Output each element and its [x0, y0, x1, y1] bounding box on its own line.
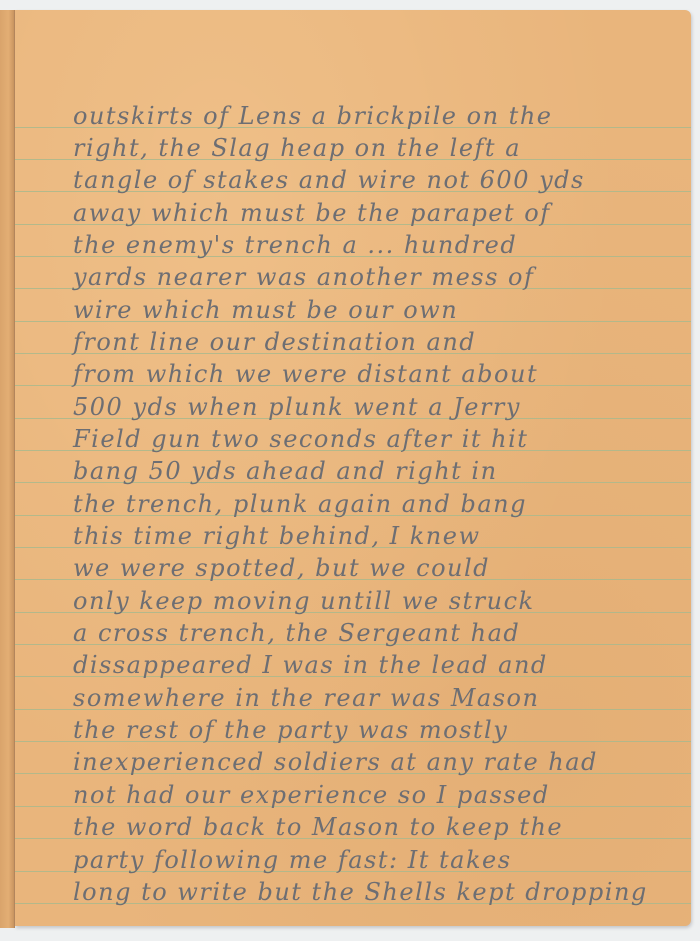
handwritten-line: front line our destination and — [73, 326, 687, 358]
handwritten-line: tangle of stakes and wire not 600 yds — [73, 164, 687, 196]
handwritten-line: bang 50 yds ahead and right in — [73, 455, 687, 487]
handwritten-line: the rest of the party was mostly — [73, 714, 687, 746]
handwritten-line: outskirts of Lens a brickpile on the — [73, 100, 687, 132]
handwritten-line: yards nearer was another mess of — [73, 261, 687, 293]
handwritten-line: the enemy's trench a ... hundred — [73, 229, 687, 261]
facing-page-edge — [0, 10, 15, 928]
handwritten-line: only keep moving untill we struck — [73, 585, 687, 617]
handwritten-line: party following me fast: It takes — [73, 844, 687, 876]
handwritten-line: somewhere in the rear was Mason — [73, 682, 687, 714]
handwritten-line: not had our experience so I passed — [73, 779, 687, 811]
handwritten-line: we were spotted, but we could — [73, 552, 687, 584]
handwritten-line: 500 yds when plunk went a Jerry — [73, 391, 687, 423]
handwritten-line: the word back to Mason to keep the — [73, 811, 687, 843]
handwritten-line: dissappeared I was in the lead and — [73, 649, 687, 681]
handwritten-line: wire which must be our own — [73, 294, 687, 326]
handwritten-line: the trench, plunk again and bang — [73, 488, 687, 520]
handwritten-line: away which must be the parapet of — [73, 197, 687, 229]
handwritten-line: a cross trench, the Sergeant had — [73, 617, 687, 649]
handwritten-line: long to write but the Shells kept droppi… — [73, 876, 687, 908]
handwritten-line: inexperienced soldiers at any rate had — [73, 746, 687, 778]
notebook-page: outskirts of Lens a brickpile on the rig… — [15, 10, 691, 926]
handwritten-line: this time right behind, I knew — [73, 520, 687, 552]
handwritten-line: from which we were distant about — [73, 358, 687, 390]
handwritten-line: Field gun two seconds after it hit — [73, 423, 687, 455]
handwritten-line: right, the Slag heap on the left a — [73, 132, 687, 164]
